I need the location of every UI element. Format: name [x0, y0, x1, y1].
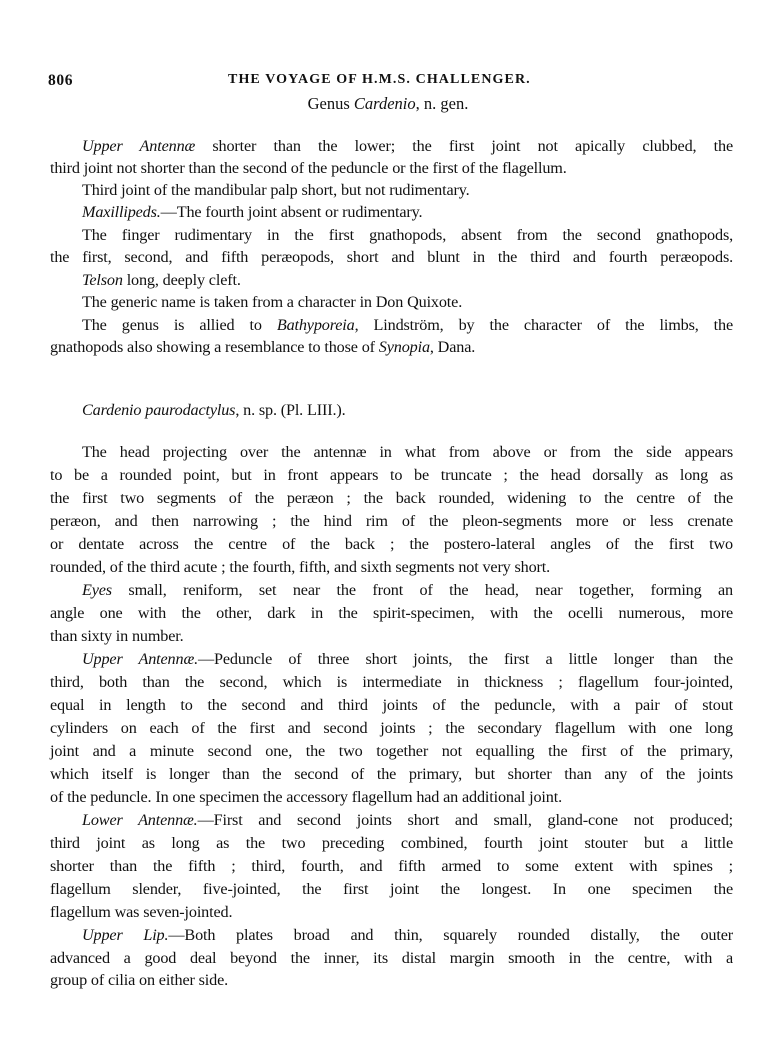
genus-p5: Telson long, deeply cleft. [82, 270, 733, 290]
page-number: 806 [48, 72, 73, 90]
running-title: THE VOYAGE OF H.M.S. CHALLENGER. [228, 72, 531, 88]
head-line: peræon, and then narrowing ; the hind ri… [50, 511, 733, 531]
upper-lip-line1: Upper Lip.—Both plates broad and thin, s… [82, 925, 733, 945]
head-line: the first two segments of the peræon ; t… [50, 488, 733, 508]
upper-lip-line: advanced a good deal beyond the inner, i… [50, 948, 733, 968]
genus-p3: Maxillipeds.—The fourth joint absent or … [82, 202, 733, 222]
genus-p2: Third joint of the mandibular palp short… [82, 180, 733, 200]
genus-p1-line2: third joint not shorter than the second … [50, 158, 733, 178]
eyes-line2: angle one with the other, dark in the sp… [50, 603, 733, 623]
eyes-line1: Eyes small, reniform, set near the front… [82, 580, 733, 600]
upper-antennae-line1: Upper Antennæ.—Peduncle of three short j… [82, 649, 733, 669]
lower-antennae-line: flagellum was seven-jointed. [50, 902, 733, 922]
genus-p7-line1: The genus is allied to Bathyporeia, Lind… [82, 315, 733, 335]
upper-antennae-line: which itself is longer than the second o… [50, 764, 733, 784]
upper-antennae-line: equal in length to the second and third … [50, 695, 733, 715]
genus-p4-line1: The finger rudimentary in the first gnat… [82, 225, 733, 245]
upper-antennae-line: cylinders on each of the first and secon… [50, 718, 733, 738]
lower-antennae-line: shorter than the fifth ; third, fourth, … [50, 856, 733, 876]
upper-antennae-line: third, both than the second, which is in… [50, 672, 733, 692]
genus-p6: The generic name is taken from a charact… [82, 292, 733, 312]
lower-antennae-line: third joint as long as the two preceding… [50, 833, 733, 853]
genus-name: Cardenio [354, 94, 416, 113]
genus-p4-line2: the first, second, and fifth peræopods, … [50, 247, 733, 267]
head-line: or dentate across the centre of the back… [50, 534, 733, 554]
upper-antennae-line: of the peduncle. In one specimen the acc… [50, 787, 733, 807]
species-heading: Cardenio paurodactylus, n. sp. (Pl. LIII… [82, 400, 733, 420]
genus-p1-line1: Upper Antennæ shorter than the lower; th… [82, 136, 733, 156]
head-line: The head projecting over the antennæ in … [82, 442, 733, 462]
lower-antennae-line1: Lower Antennæ.—First and second joints s… [82, 810, 733, 830]
upper-lip-line: group of cilia on either side. [50, 970, 733, 990]
eyes-line3: than sixty in number. [50, 626, 733, 646]
lower-antennae-line: flagellum slender, five-jointed, the fir… [50, 879, 733, 899]
head-line: rounded, of the third acute ; the fourth… [50, 557, 733, 577]
genus-p7-line2: gnathopods also showing a resemblance to… [50, 337, 733, 357]
upper-antennae-line: joint and a minute second one, the two t… [50, 741, 733, 761]
head-line: to be a rounded point, but in front appe… [50, 465, 733, 485]
genus-heading: Genus Cardenio, n. gen. [0, 94, 776, 114]
